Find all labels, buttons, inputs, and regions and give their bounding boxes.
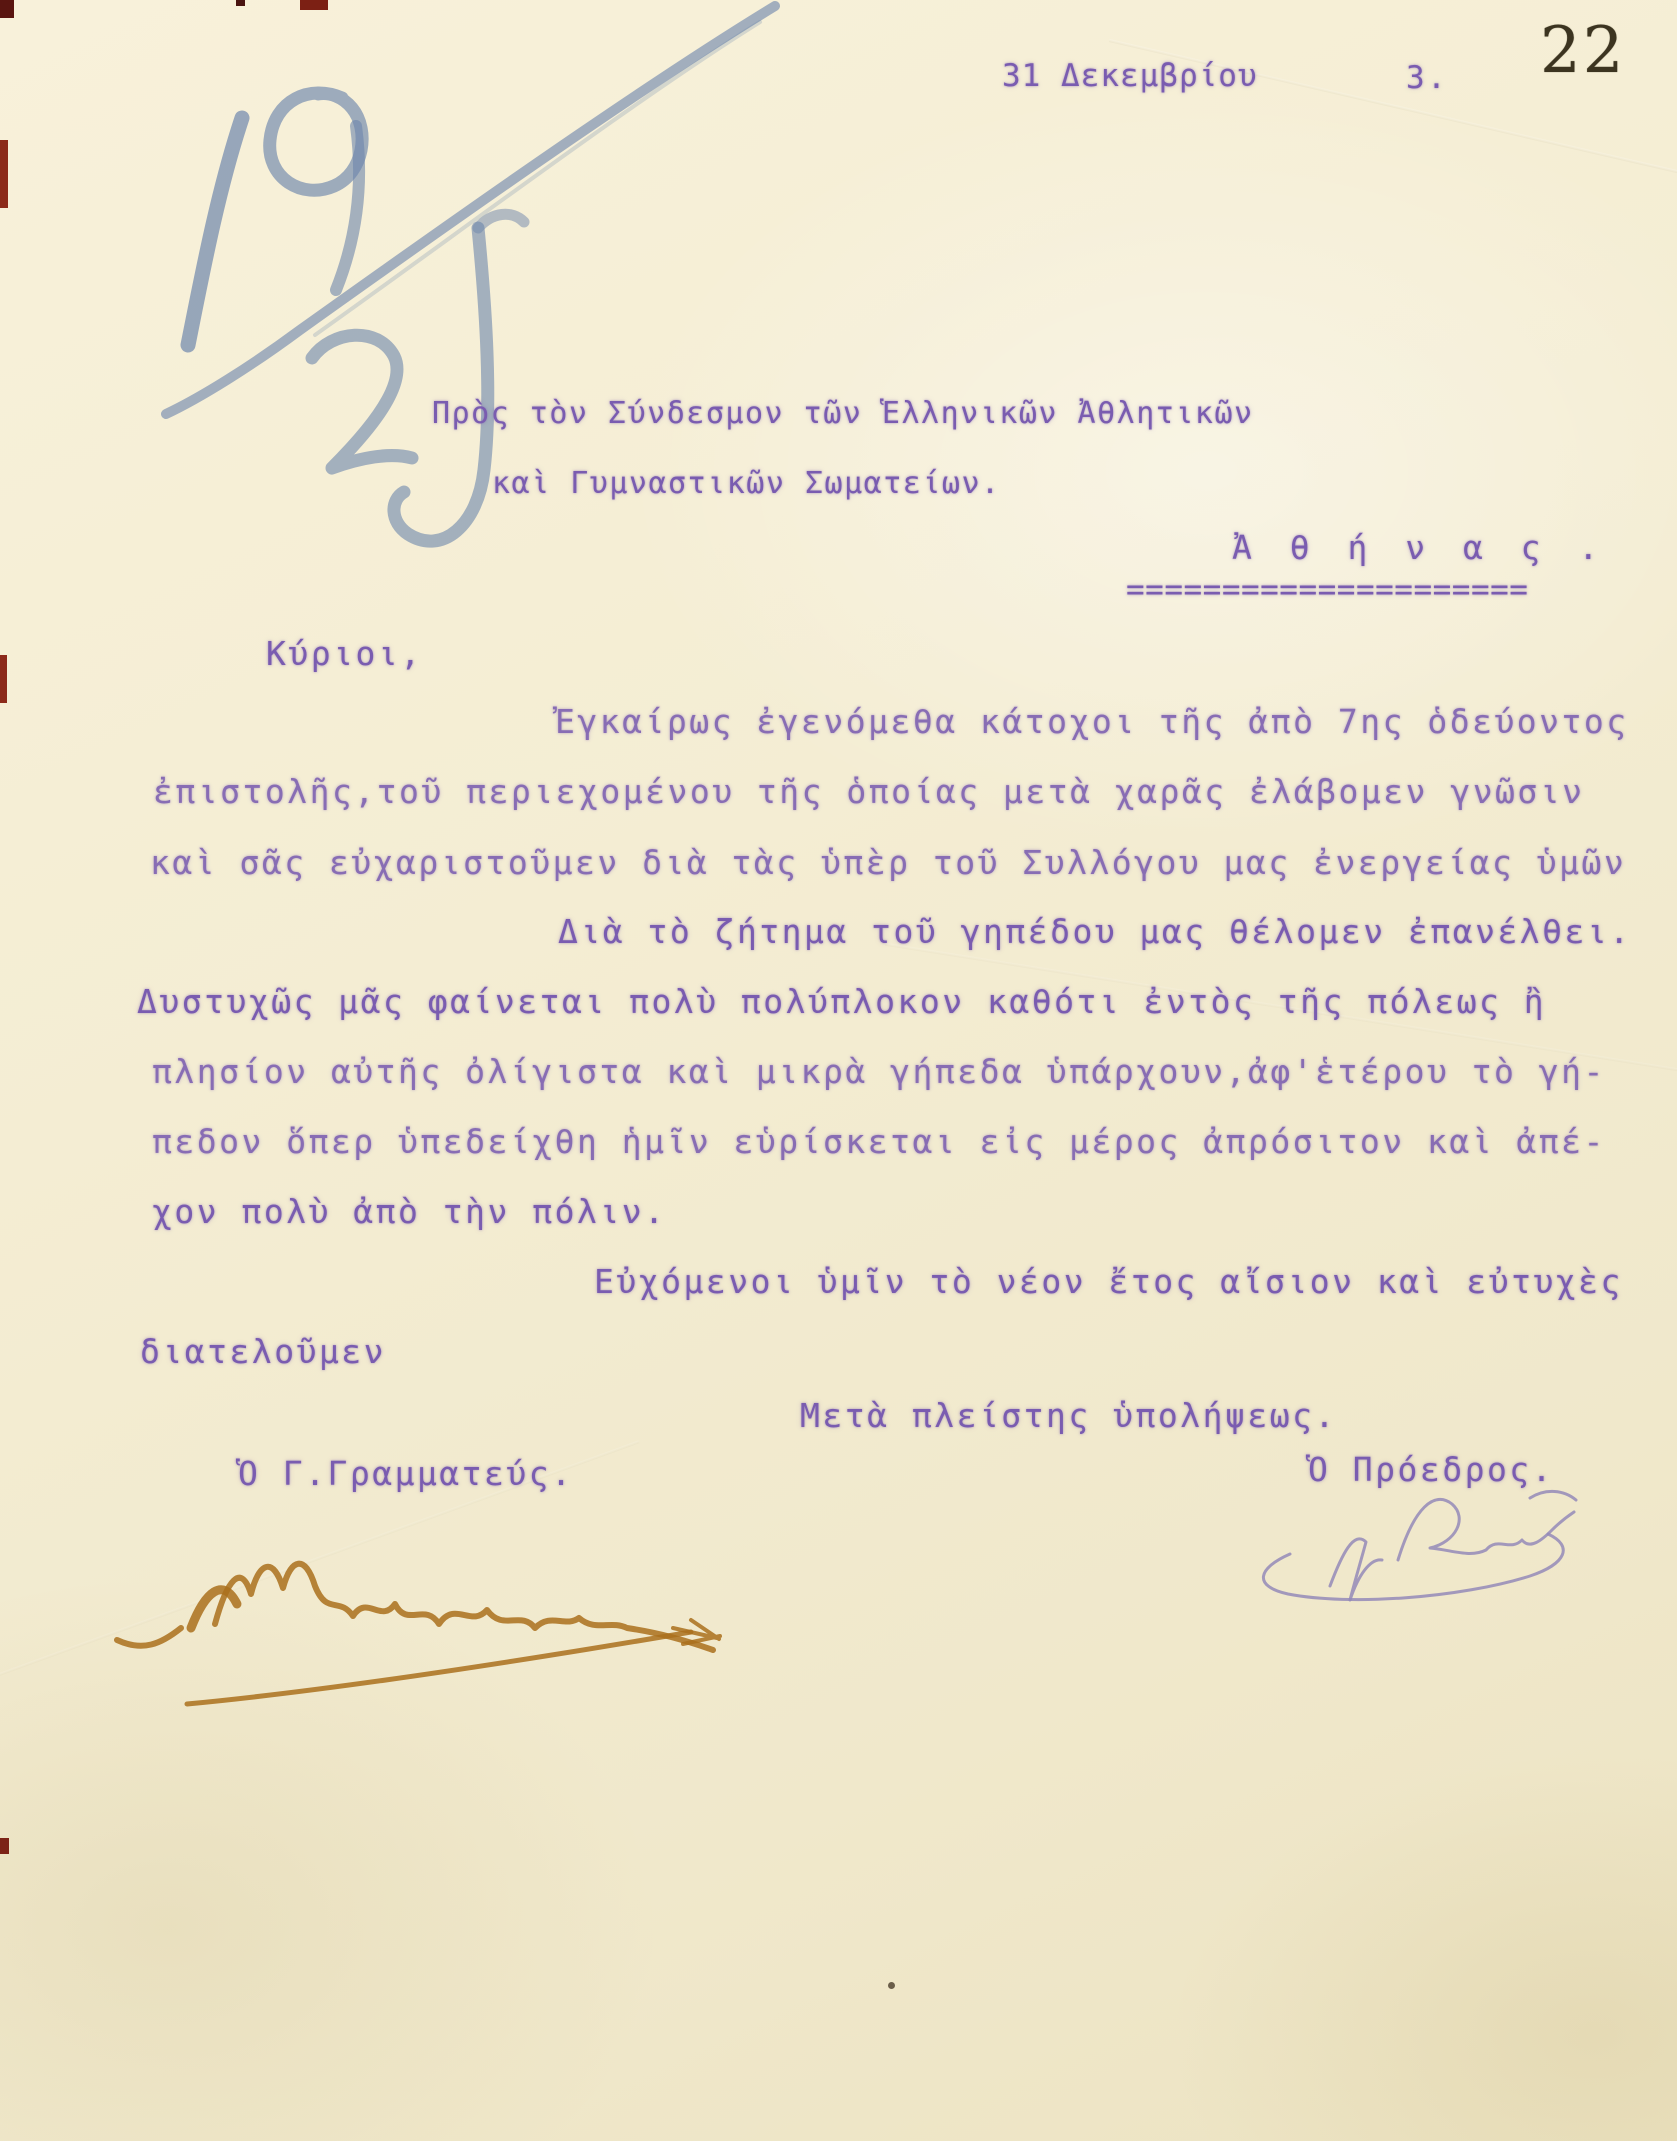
paper-edge-mark [0,1838,9,1854]
secretary-title: Ὁ Γ.Γραμματεύς. [238,1454,574,1493]
body-line: Ἐγκαίρως ἐγενόμεθα κάτοχοι τῆς ἀπὸ 7ης ὁ… [555,702,1629,741]
body-line: χον πολὺ ἀπὸ τὴν πόλιν. [152,1192,666,1231]
recipient-line2: καὶ Γυμναστικῶν Σωματείων. [492,466,1001,501]
body-line: ἐπιστολῆς,τοῦ περιεχομένου τῆς ὁποίας με… [153,772,1585,811]
body-line: διατελοῦμεν [140,1332,386,1371]
paper-speck [888,1982,895,1989]
recipient-city-underline: ===================== [1126,572,1528,608]
date-suffix: 3. [1406,60,1448,96]
body-line: Εὐχόμενοι ὑμῖν τὸ νέον ἔτος αἴσιον καὶ ε… [594,1262,1623,1301]
body-line: πλησίον αὐτῆς ὀλίγιστα καὶ μικρὰ γήπεδα … [152,1052,1606,1091]
blue-pencil-annotation [60,0,820,620]
paper-edge-mark [0,140,8,208]
letter-page: 22 31 Δεκεμβρίου 3. Πρὸς τὸν Σύνδεσμον τ… [0,0,1677,2141]
closing-phrase: Μετὰ πλείστης ὑπολήψεως. [800,1396,1337,1435]
paper-edge-mark [0,0,14,18]
secretary-signature [95,1532,740,1722]
date-line: 31 Δεκεμβρίου [1002,58,1258,94]
body-line: Δυστυχῶς μᾶς φαίνεται πολὺ πολύπλοκον κα… [137,982,1546,1021]
recipient-line1: Πρὸς τὸν Σύνδεσμον τῶν Ἑλληνικῶν Ἀθλητικ… [432,396,1254,431]
body-line: πεδον ὅπερ ὑπεδείχθη ἡμῖν εὑρίσκεται εἰς… [152,1122,1606,1161]
page-number: 22 [1540,14,1625,88]
body-line: Διὰ τὸ ζήτημα τοῦ γηπέδου μας θέλομεν ἐπ… [558,912,1632,951]
salutation: Κύριοι, [266,634,423,673]
paper-edge-mark [0,655,7,703]
body-line: καὶ σᾶς εὐχαριστοῦμεν διὰ τὰς ὑπὲρ τοῦ Σ… [150,843,1626,882]
recipient-city: Ἀ θ ή ν α ς . [1232,528,1607,567]
president-signature [1230,1458,1600,1623]
